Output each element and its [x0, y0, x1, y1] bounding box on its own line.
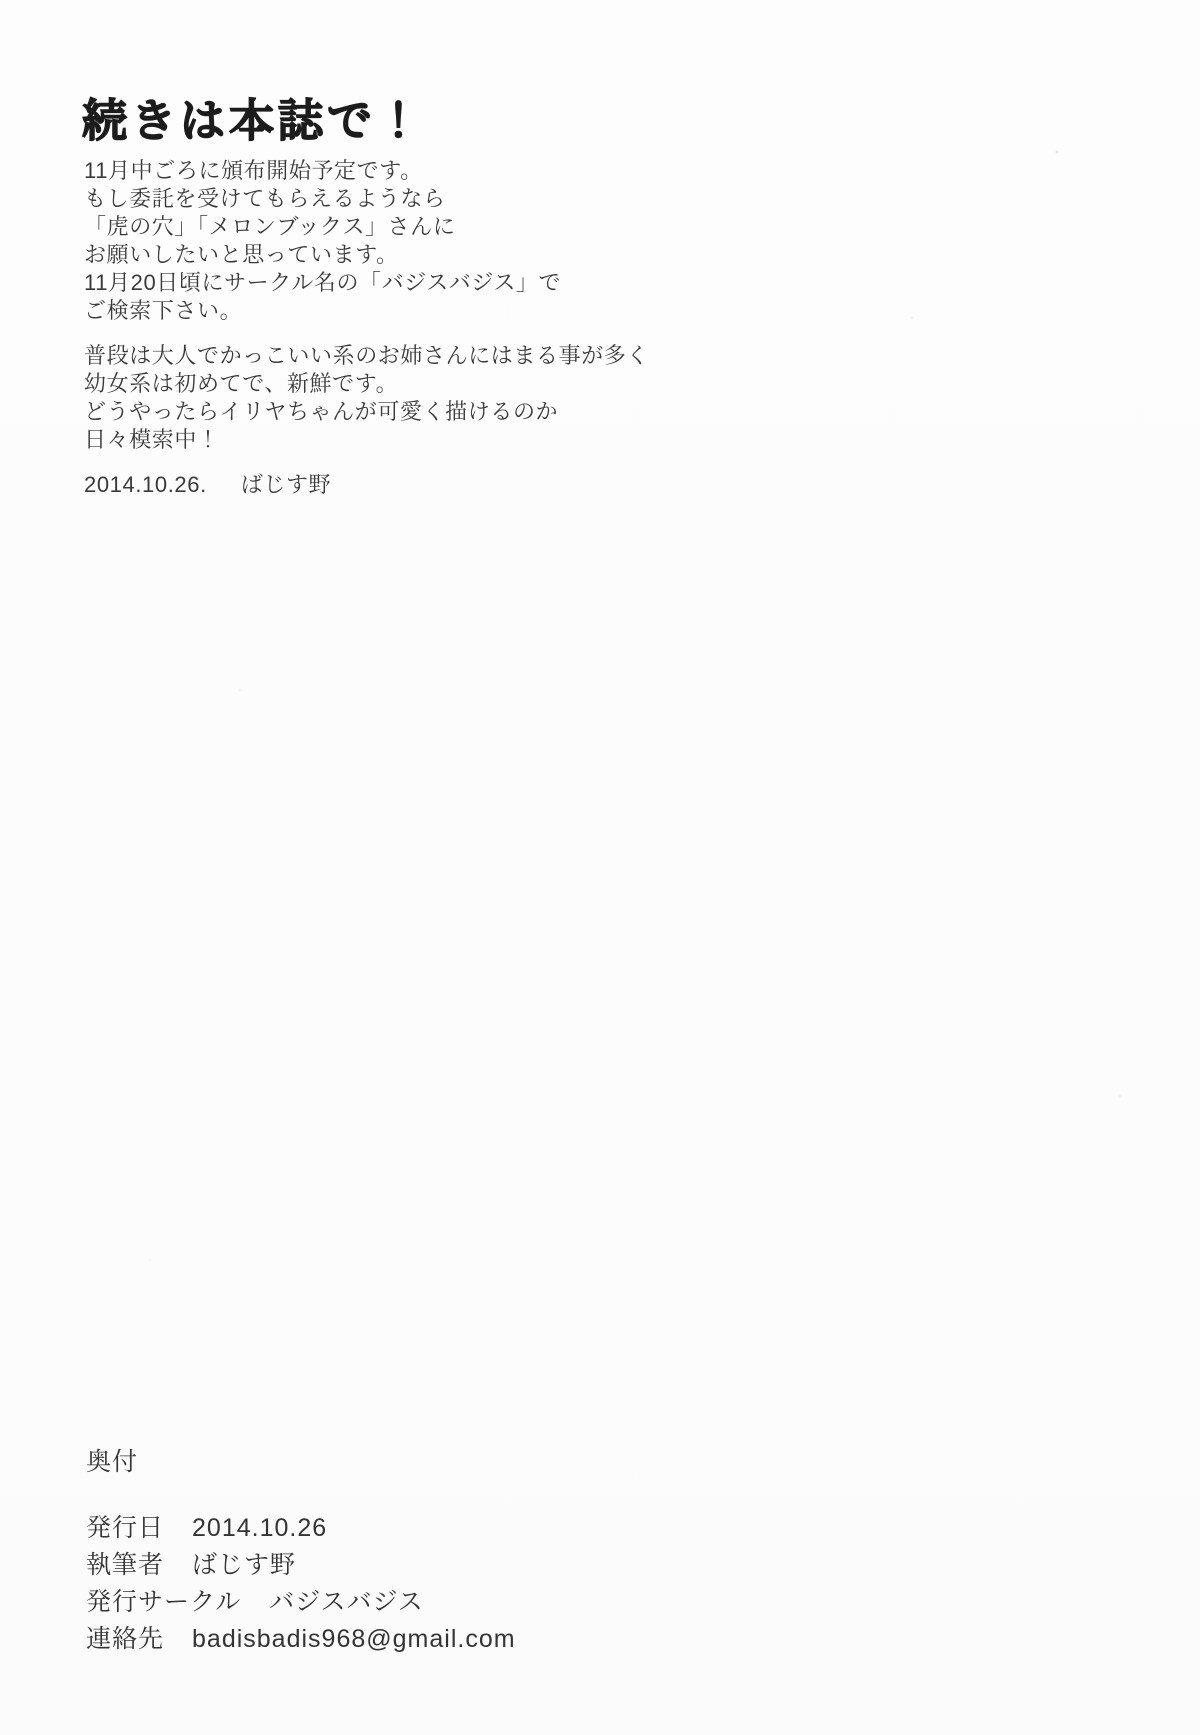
text-line: どうやったらイリヤちゃんが可愛く描けるのか: [84, 398, 649, 426]
colophon-row-contact: 連絡先 badisbadis968@gmail.com: [86, 1619, 516, 1656]
text-line: お願いしたいと思っています。: [84, 241, 561, 269]
colophon-title: 奥付: [86, 1442, 138, 1478]
text-line: 「虎の穴」「メロンブックス」さんに: [84, 213, 561, 241]
colophon-value: バジスバジス: [269, 1582, 424, 1618]
comment-paragraph: 普段は大人でかっこいい系のお姉さんにはまる事が多く 幼女系は初めてで、新鮮です。…: [84, 342, 649, 454]
colophon-value: badisbadis968@gmail.com: [192, 1625, 516, 1654]
page-title: 続きは本誌で！: [82, 84, 425, 149]
signature-author: ばじす野: [241, 472, 331, 497]
colophon: 発行日 2014.10.26 執筆者 ばじす野 発行サークル バジスバジス 連絡…: [86, 1508, 516, 1656]
text-line: 11月20日頃にサークル名の「バジスバジス」で: [84, 269, 561, 297]
colophon-row-author: 執筆者 ばじす野: [86, 1545, 516, 1582]
text-line: 幼女系は初めてで、新鮮です。: [84, 370, 649, 398]
colophon-label: 発行サークル: [86, 1582, 241, 1618]
text-line: もし委託を受けてもらえるようなら: [84, 185, 561, 213]
colophon-row-publish-date: 発行日 2014.10.26: [86, 1508, 516, 1545]
text-line: 11月中ごろに頒布開始予定です。: [84, 157, 561, 185]
scanned-afterword-page: 続きは本誌で！ 11月中ごろに頒布開始予定です。 もし委託を受けてもらえるような…: [0, 0, 1200, 1735]
text-line: ご検索下さい。: [84, 297, 561, 325]
colophon-label: 発行日: [86, 1508, 164, 1544]
colophon-row-circle: 発行サークル バジスバジス: [86, 1582, 516, 1619]
colophon-label: 連絡先: [86, 1619, 164, 1655]
colophon-value: ばじす野: [192, 1545, 296, 1581]
signature-line: 2014.10.26.ばじす野: [84, 468, 331, 499]
text-line: 普段は大人でかっこいい系のお姉さんにはまる事が多く: [84, 342, 649, 370]
text-line: 日々模索中！: [84, 426, 649, 454]
colophon-label: 執筆者: [86, 1545, 164, 1581]
signature-date: 2014.10.26.: [84, 472, 207, 497]
announcement-paragraph: 11月中ごろに頒布開始予定です。 もし委託を受けてもらえるようなら 「虎の穴」「…: [84, 157, 561, 325]
colophon-value: 2014.10.26: [192, 1514, 327, 1543]
